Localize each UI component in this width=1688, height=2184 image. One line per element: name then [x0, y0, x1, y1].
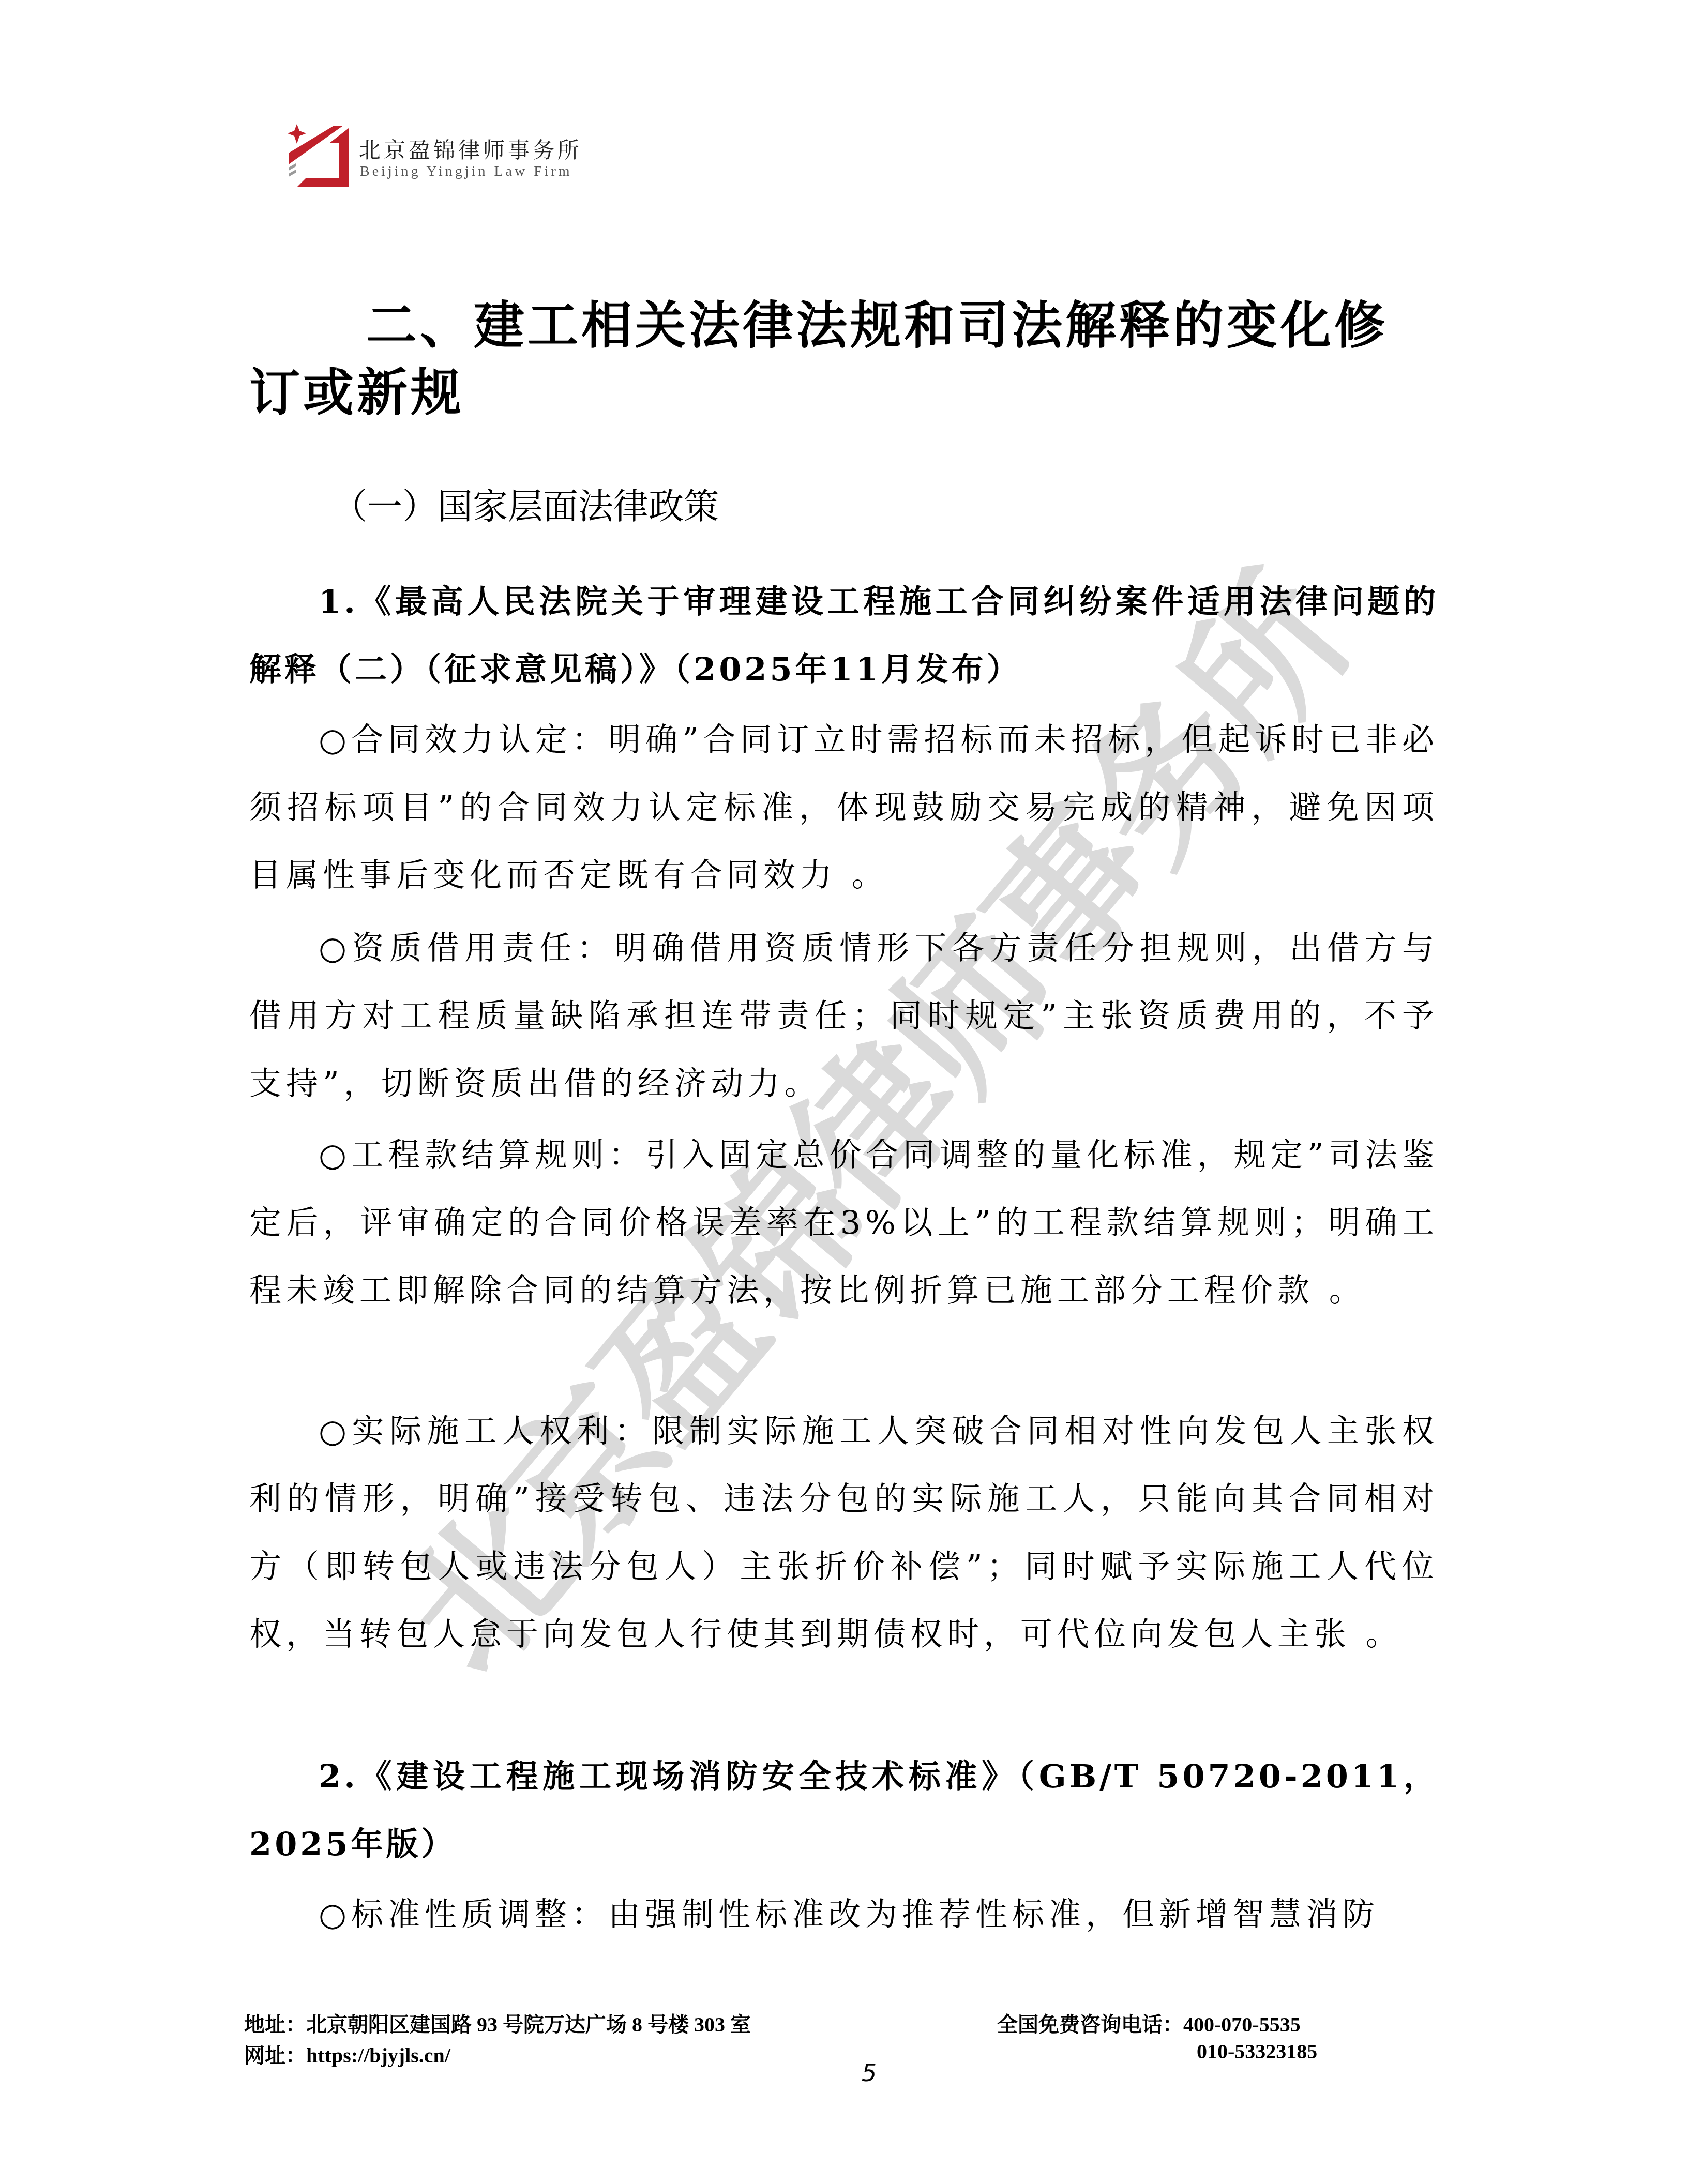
subsection-title: （一）国家层面法律政策	[249, 483, 719, 530]
footer-address: 地址：北京朝阳区建国路 93 号院万达广场 8 号楼 303 室	[244, 2008, 751, 2038]
bullet-standard-nature: ○标准性质调整：由强制性标准改为推荐性标准，但新增智慧消防	[249, 1880, 1439, 1948]
bullet-qualification-borrowing: ○资质借用责任：明确借用资质情形下各方责任分担规则，出借方与借用方对工程质量缺陷…	[249, 914, 1439, 1117]
section-title: 二、建工相关法律法规和司法解释的变化修订或新规	[249, 292, 1439, 427]
bullet-settlement-rules: ○工程款结算规则：引入固定总价合同调整的量化标准，规定”司法鉴定后，评审确定的合…	[249, 1121, 1439, 1324]
firm-logo: 北京盈锦律师事务所 Beijing Yingjin Law Firm	[285, 122, 616, 194]
document-page: 北京盈锦律师事务所 Beijing Yingjin Law Firm 北京盈锦律…	[0, 0, 1688, 2184]
bullet-actual-constructor-rights: ○实际施工人权利：限制实际施工人突破合同相对性向发包人主张权利的情形，明确”接受…	[249, 1397, 1439, 1668]
page-number: 5	[862, 2059, 877, 2087]
footer-hotline: 全国免费咨询电话：400-070-5535	[997, 2008, 1301, 2038]
logo-text-chinese: 北京盈锦律师事务所	[359, 133, 582, 164]
bullet-contract-validity: ○合同效力认定：明确”合同订立时需招标而未招标，但起诉时已非必须招标项目”的合同…	[249, 706, 1439, 909]
footer-phone: 010-53323185	[1197, 2039, 1317, 2064]
firm-logo-icon	[285, 122, 352, 190]
item-heading-2: 2.《建设工程施工现场消防安全技术标准》（GB/T 50720-2011，202…	[249, 1742, 1439, 1878]
logo-text-english: Beijing Yingjin Law Firm	[360, 163, 572, 180]
item-heading-1: 1.《最高人民法院关于审理建设工程施工合同纠纷案件适用法律问题的解释（二）（征求…	[249, 568, 1439, 703]
footer-website[interactable]: 网址：https://bjyjls.cn/	[244, 2039, 450, 2069]
